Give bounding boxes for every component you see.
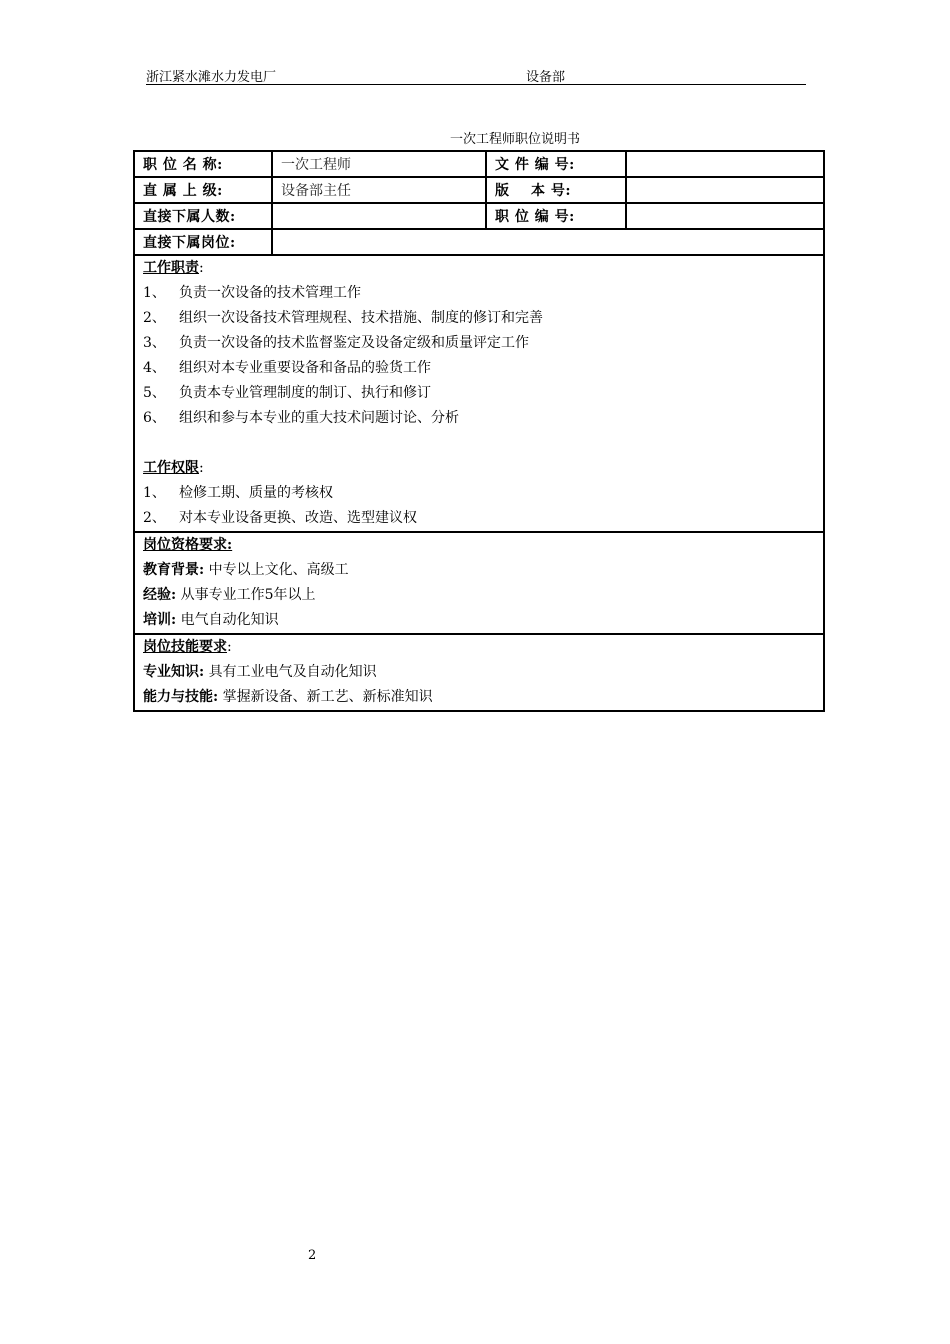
authority-text: 对本专业设备更换、改造、选型建议权 xyxy=(179,510,417,526)
version-value xyxy=(626,177,824,203)
duty-item: 1、负责一次设备的技术管理工作 xyxy=(143,281,815,306)
row-subordinates-count: 直接下属人数: 职 位 编 号: xyxy=(134,203,824,229)
organization-name: 浙江紧水滩水力发电厂 xyxy=(146,66,276,85)
ability-label: 能力与技能: xyxy=(143,689,218,705)
version-label: 版 本 号: xyxy=(486,177,626,203)
qualifications-title: 岗位资格要求: xyxy=(143,537,232,553)
position-name-value: 一次工程师 xyxy=(272,151,486,177)
training-label: 培训: xyxy=(143,612,176,628)
duty-item: 6、组织和参与本专业的重大技术问题讨论、分析 xyxy=(143,406,815,431)
authority-title: 工作权限 xyxy=(143,460,199,476)
authority-num: 2、 xyxy=(143,506,179,531)
authority-num: 1、 xyxy=(143,481,179,506)
duty-num: 1、 xyxy=(143,281,179,306)
duty-text: 负责本专业管理制度的制订、执行和修订 xyxy=(179,385,431,401)
section-qualifications: 岗位资格要求: 教育背景: 中专以上文化、高级工 经验: 从事专业工作5年以上 … xyxy=(134,532,824,634)
duty-num: 3、 xyxy=(143,331,179,356)
duty-num: 5、 xyxy=(143,381,179,406)
section-duties-authority: 工作职责: 1、负责一次设备的技术管理工作 2、组织一次设备技术管理规程、技术措… xyxy=(134,255,824,532)
row-subordinate-positions: 直接下属岗位: xyxy=(134,229,824,255)
page-header: 浙江紧水滩水力发电厂 设备部 xyxy=(146,64,806,85)
page-number: 2 xyxy=(308,1248,316,1263)
education-value: 中专以上文化、高级工 xyxy=(209,562,349,578)
subordinates-count-label: 直接下属人数: xyxy=(134,203,272,229)
duties-colon: : xyxy=(199,260,204,276)
experience-label: 经验: xyxy=(143,587,176,603)
knowledge-label: 专业知识: xyxy=(143,664,204,680)
job-description-table: 职 位 名 称: 一次工程师 文 件 编 号: 直 属 上 级: 设备部主任 版… xyxy=(133,150,825,712)
section-skills: 岗位技能要求: 专业知识: 具有工业电气及自动化知识 能力与技能: 掌握新设备、… xyxy=(134,634,824,711)
training-value: 电气自动化知识 xyxy=(181,612,279,628)
duty-text: 组织对本专业重要设备和备品的验货工作 xyxy=(179,360,431,376)
row-superior: 直 属 上 级: 设备部主任 版 本 号: xyxy=(134,177,824,203)
superior-value: 设备部主任 xyxy=(272,177,486,203)
authority-text: 检修工期、质量的考核权 xyxy=(179,485,333,501)
experience-value: 从事专业工作5年以上 xyxy=(181,587,316,603)
position-no-label: 职 位 编 号: xyxy=(486,203,626,229)
ability-value: 掌握新设备、新工艺、新标准知识 xyxy=(223,689,433,705)
subordinate-positions-label: 直接下属岗位: xyxy=(134,229,272,255)
duty-item: 4、组织对本专业重要设备和备品的验货工作 xyxy=(143,356,815,381)
row-position-name: 职 位 名 称: 一次工程师 文 件 编 号: xyxy=(134,151,824,177)
duty-text: 负责一次设备的技术管理工作 xyxy=(179,285,361,301)
doc-no-value xyxy=(626,151,824,177)
subordinate-positions-value xyxy=(272,229,824,255)
duty-num: 4、 xyxy=(143,356,179,381)
education-label: 教育背景: xyxy=(143,562,204,578)
duty-item: 3、负责一次设备的技术监督鉴定及设备定级和质量评定工作 xyxy=(143,331,815,356)
duty-text: 组织和参与本专业的重大技术问题讨论、分析 xyxy=(179,410,459,426)
authority-colon: : xyxy=(199,460,204,476)
authority-item: 2、对本专业设备更换、改造、选型建议权 xyxy=(143,506,815,531)
position-name-label: 职 位 名 称: xyxy=(134,151,272,177)
duties-title: 工作职责 xyxy=(143,260,199,276)
knowledge-value: 具有工业电气及自动化知识 xyxy=(209,664,377,680)
duty-num: 2、 xyxy=(143,306,179,331)
skills-colon: : xyxy=(227,639,232,655)
document-title: 一次工程师职位说明书 xyxy=(0,128,950,147)
authority-item: 1、检修工期、质量的考核权 xyxy=(143,481,815,506)
duty-text: 组织一次设备技术管理规程、技术措施、制度的修订和完善 xyxy=(179,310,543,326)
subordinates-count-value xyxy=(272,203,486,229)
duty-item: 2、组织一次设备技术管理规程、技术措施、制度的修订和完善 xyxy=(143,306,815,331)
position-no-value xyxy=(626,203,824,229)
doc-no-label: 文 件 编 号: xyxy=(486,151,626,177)
skills-title: 岗位技能要求 xyxy=(143,639,227,655)
superior-label: 直 属 上 级: xyxy=(134,177,272,203)
duty-item: 5、负责本专业管理制度的制订、执行和修订 xyxy=(143,381,815,406)
duty-num: 6、 xyxy=(143,406,179,431)
department-name: 设备部 xyxy=(526,66,565,85)
duty-text: 负责一次设备的技术监督鉴定及设备定级和质量评定工作 xyxy=(179,335,529,351)
